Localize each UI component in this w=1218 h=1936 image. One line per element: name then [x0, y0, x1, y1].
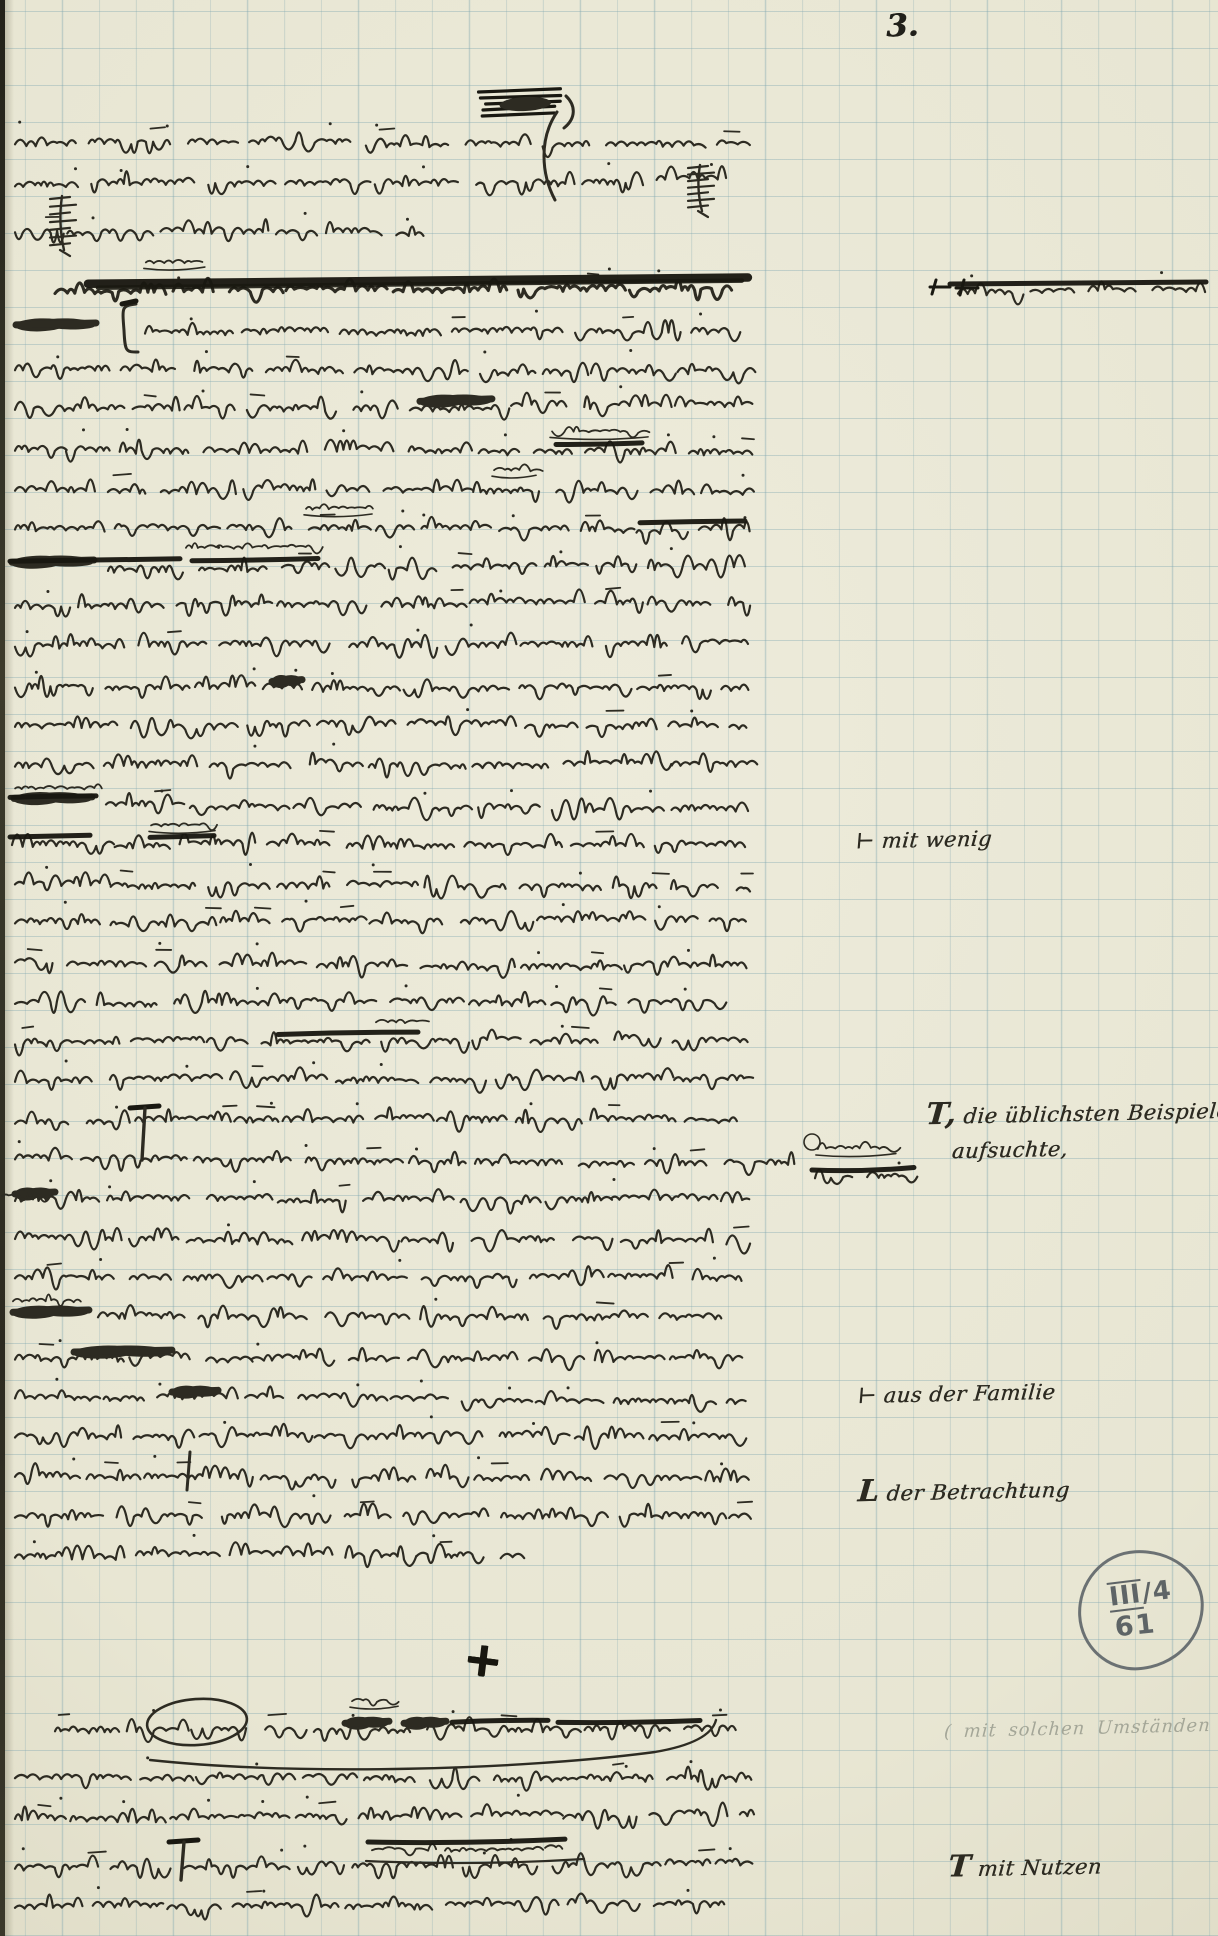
- handwriting-line: [10, 542, 745, 581]
- section-divider-plus: +: [461, 1629, 506, 1690]
- page-number: 3.: [885, 7, 919, 44]
- handwriting-line: [15, 1533, 524, 1567]
- handwriting-line: [15, 121, 750, 158]
- editorial-mark-tbar: [130, 1106, 159, 1160]
- handwriting-line: [812, 1142, 918, 1185]
- margin-note-mit-wenig: ⊢ mit wenig: [855, 827, 993, 854]
- handwriting-line: [15, 424, 754, 464]
- handwriting-line: [15, 463, 754, 503]
- handwriting-line: [15, 1494, 752, 1527]
- handwriting-line: [15, 348, 755, 384]
- handwriting-line: [15, 666, 749, 701]
- handwriting-line: [15, 941, 747, 980]
- margin-note-der-betrachtung: L der Betrachtung: [857, 1470, 1072, 1510]
- editorial-mark-underline: [366, 1859, 584, 1863]
- handwriting-line: [15, 503, 750, 544]
- editorial-mark-tbar: [169, 1840, 198, 1880]
- handwriting-line: [15, 897, 746, 936]
- handwriting-line: [15, 708, 746, 739]
- archive-stamp-rest: /4: [1141, 1575, 1174, 1608]
- handwriting-line: [11, 1292, 721, 1330]
- handwriting-line: [15, 622, 748, 660]
- handwriting-line: [55, 256, 748, 304]
- handwriting-line: [15, 1883, 724, 1920]
- handwriting-line: [15, 1415, 746, 1450]
- handwriting-line: [15, 1756, 751, 1791]
- handwriting-line: [15, 862, 753, 900]
- handwriting-layer: [0, 0, 1218, 1936]
- handwriting-line: [15, 384, 753, 423]
- handwriting-line: [15, 1223, 750, 1254]
- handwriting-line: [368, 1838, 565, 1856]
- handwriting-line: [15, 1792, 754, 1832]
- margin-note-examples-line1: T, die üblichsten Beispiele: [925, 1091, 1218, 1132]
- handwriting-line: [15, 1377, 746, 1413]
- handwriting-line: [2, 1178, 749, 1214]
- handwriting-line: [10, 784, 748, 822]
- editorial-mark-circle2: [804, 1134, 820, 1150]
- editorial-mark-bracket: [122, 301, 138, 352]
- editorial-mark-hatch: [50, 196, 76, 256]
- handwriting-line: [15, 1057, 753, 1094]
- handwriting-line: [15, 742, 757, 779]
- margin-note-aus-der-familie: ⊢ aus der Familie: [857, 1380, 1056, 1408]
- handwriting-line: [15, 1140, 794, 1175]
- editorial-mark-vbar: [187, 1452, 190, 1490]
- handwriting-line: [15, 1100, 737, 1133]
- manuscript-page: 3. ⊢ mit wenig T, die üblichsten Beispie…: [0, 0, 1218, 1936]
- handwriting-line: [55, 1699, 736, 1743]
- archive-stamp-line1: III/4: [1107, 1575, 1174, 1613]
- editorial-mark-cparen: [564, 96, 573, 128]
- handwriting-line: [15, 161, 726, 198]
- handwriting-line: [15, 984, 726, 1015]
- handwriting-line: [15, 1019, 748, 1055]
- archive-stamp-roman: III: [1107, 1579, 1144, 1613]
- handwriting-line: [10, 823, 745, 857]
- editorial-mark-scribble: [479, 89, 561, 116]
- handwriting-line: [950, 271, 1206, 304]
- margin-note-examples-line2: aufsuchte,: [951, 1137, 1069, 1163]
- handwriting-line: [15, 585, 750, 620]
- archive-stamp-number: 61: [1114, 1608, 1159, 1643]
- handwriting-line: [15, 1454, 749, 1490]
- editorial-mark-ellipse: [146, 1696, 249, 1749]
- margin-note-mit-nutzen: T mit Nutzen: [947, 1846, 1104, 1884]
- handwriting-line: [15, 1256, 742, 1289]
- handwriting-line: [15, 211, 424, 244]
- handwriting-line: [15, 1339, 742, 1370]
